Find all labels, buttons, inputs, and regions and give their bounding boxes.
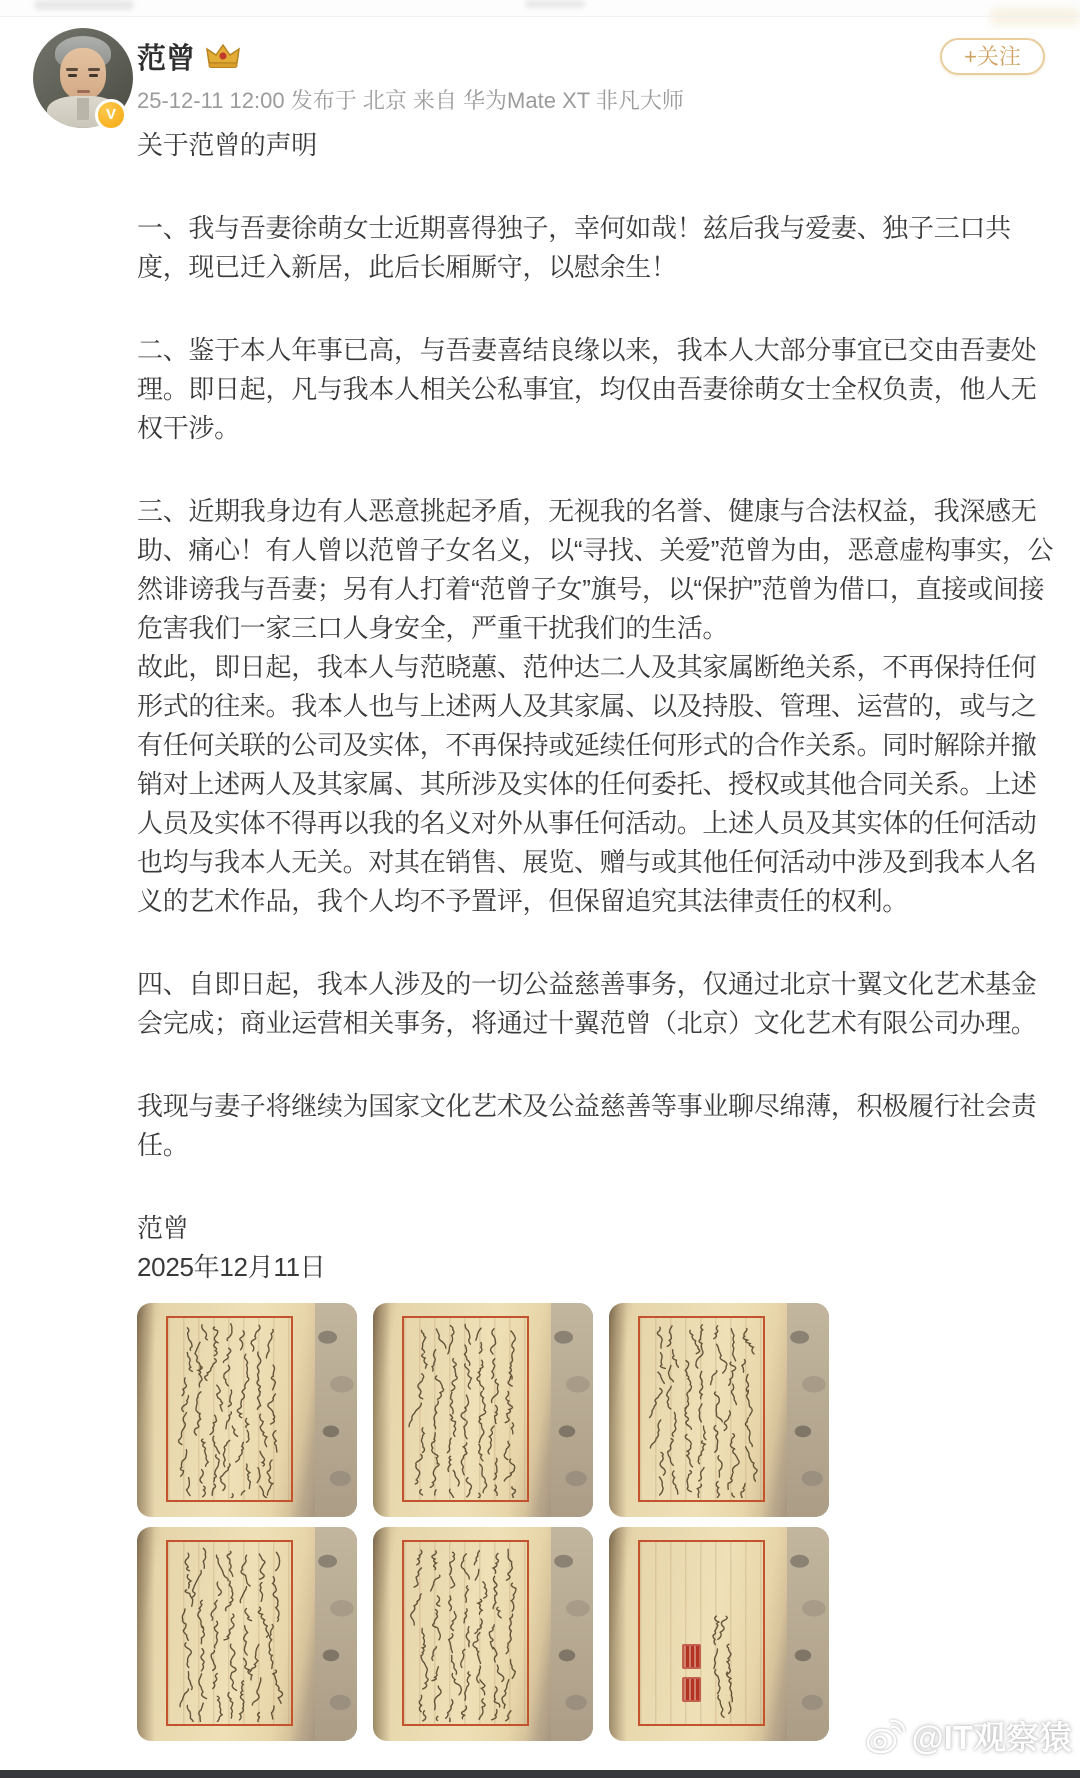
follow-button[interactable]: +关注 <box>940 38 1045 75</box>
manuscript-photo-1[interactable] <box>137 1303 357 1517</box>
manuscript-photo-2[interactable] <box>373 1303 593 1517</box>
post-paragraph: 一、我与吾妻徐萌女士近期喜得独子，幸何如哉！兹后我与爱妻、独子三口共度，现已迁入… <box>137 209 1057 287</box>
post-paragraph: 2025年12月11日 <box>137 1248 1057 1287</box>
divider-line <box>0 16 1080 17</box>
watermark: @IT观察猿 <box>865 1712 1072 1759</box>
post-paragraph: 范曾 <box>137 1209 1057 1248</box>
post-paragraph: 我现与妻子将继续为国家文化艺术及公益慈善等事业聊尽绵薄，积极履行社会责任。 <box>137 1087 1057 1165</box>
manuscript-photo-3[interactable] <box>609 1303 829 1517</box>
post-meta: 25-12-11 12:00 发布于 北京 来自 华为Mate XT 非凡大师 <box>137 84 684 115</box>
manuscript-photo-5[interactable] <box>373 1527 593 1741</box>
cutoff-artifact <box>990 8 1080 26</box>
crown-icon <box>205 41 241 71</box>
top-cutoff-strip <box>0 0 1080 16</box>
weibo-logo-icon <box>865 1718 905 1754</box>
weibo-post-screen: V 范曾 25-12-11 12:00 发布于 北京 来自 华为Mate XT … <box>0 0 1080 1778</box>
manuscript-photo-6[interactable] <box>609 1527 829 1741</box>
cutoff-artifact <box>525 0 585 8</box>
post-content: 关于范曾的声明 一、我与吾妻徐萌女士近期喜得独子，幸何如哉！兹后我与爱妻、独子三… <box>137 126 1057 1741</box>
post-paragraph: 四、自即日起，我本人涉及的一切公益慈善事务，仅通过北京十翼文化艺术基金会完成；商… <box>137 965 1057 1043</box>
red-seal-icon <box>682 1644 702 1670</box>
cutoff-artifact <box>34 0 134 10</box>
post-paragraph: 三、近期我身边有人恶意挑起矛盾，无视我的名誉、健康与合法权益，我深感无助、痛心！… <box>137 492 1057 648</box>
verified-v-icon: V <box>95 99 127 131</box>
manuscript-photo-4[interactable] <box>137 1527 357 1741</box>
red-seal-icon <box>682 1677 702 1703</box>
photo-grid <box>137 1303 829 1741</box>
post-paragraph: 故此，即日起，我本人与范晓蕙、范仲达二人及其家属断绝关系，不再保持任何形式的往来… <box>137 648 1057 921</box>
post-paragraphs: 一、我与吾妻徐萌女士近期喜得独子，幸何如哉！兹后我与爱妻、独子三口共度，现已迁入… <box>137 209 1057 1287</box>
bottom-cutoff-bar <box>0 1770 1080 1778</box>
author-name[interactable]: 范曾 <box>137 36 195 77</box>
post-paragraph: 二、鉴于本人年事已高，与吾妻喜结良缘以来，我本人大部分事宜已交由吾妻处理。即日起… <box>137 331 1057 448</box>
post-title: 关于范曾的声明 <box>137 126 1057 165</box>
watermark-handle: @IT观察猿 <box>911 1712 1072 1759</box>
